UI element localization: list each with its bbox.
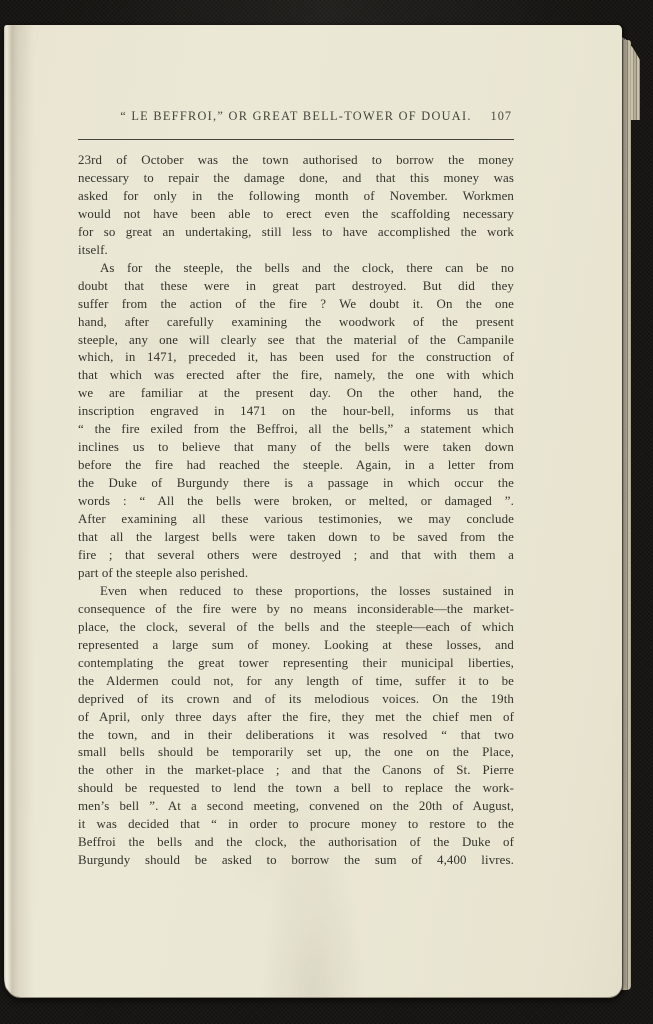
text-line: the Aldermen could not, for any length o…	[78, 673, 514, 691]
running-title: “ LE BEFFROI,” OR GREAT BELL-TOWER OF DO…	[120, 109, 472, 123]
text-line: inscription engraved in 1471 on the hour…	[78, 403, 514, 421]
text-line: Beffroi the bells and the clock, the aut…	[78, 834, 514, 852]
text-line: of April, only three days after the fire…	[78, 709, 514, 727]
page-number: 107	[491, 109, 512, 124]
header-rule	[78, 139, 514, 140]
text-line: it was decided that “ in order to procur…	[78, 816, 514, 834]
text-line: men’s bell ”. At a second meeting, conve…	[78, 798, 514, 816]
text-line: place, the clock, several of the bells a…	[78, 619, 514, 637]
text-line: asked for only in the following month of…	[78, 188, 514, 206]
text-line: necessary to repair the damage done, and…	[78, 170, 514, 188]
text-line: we are familiar at the present day. On t…	[78, 385, 514, 403]
text-column: “ LE BEFFROI,” OR GREAT BELL-TOWER OF DO…	[78, 109, 514, 870]
text-line: Even when reduced to these proportions, …	[78, 583, 514, 601]
text-line: inclines us to believe that many of the …	[78, 439, 514, 457]
text-line: small bells should be temporarily set up…	[78, 744, 514, 762]
text-line: before the fire had reached the steeple.…	[78, 457, 514, 475]
text-line: fire ; that several others were destroye…	[78, 547, 514, 565]
text-line: contemplating the great tower representi…	[78, 655, 514, 673]
text-line: represented a large sum of money. Lookin…	[78, 637, 514, 655]
text-line: itself.	[78, 242, 514, 260]
text-line: After examining all these various testim…	[78, 511, 514, 529]
text-line: which, in 1471, preceded it, has been us…	[78, 349, 514, 367]
text-line: suffer from the action of the fire ? We …	[78, 296, 514, 314]
text-line: the Duke of Burgundy there is a passage …	[78, 475, 514, 493]
text-line: the other in the market-place ; and that…	[78, 762, 514, 780]
text-line: that all the largest bells were taken do…	[78, 529, 514, 547]
text-line: the town, and in their deliberations it …	[78, 727, 514, 745]
paragraph: As for the steeple, the bells and the cl…	[78, 260, 514, 583]
text-line: words : “ All the bells were broken, or …	[78, 493, 514, 511]
text-line: Burgundy should be asked to borrow the s…	[78, 852, 514, 870]
text-line: “ the fire exiled from the Beffroi, all …	[78, 421, 514, 439]
text-line: that which was erected after the fire, n…	[78, 367, 514, 385]
text-line: for so great an undertaking, still less …	[78, 224, 514, 242]
book-page: “ LE BEFFROI,” OR GREAT BELL-TOWER OF DO…	[4, 25, 622, 997]
body-text: 23rd of October was the town authorised …	[78, 152, 514, 870]
text-line: doubt that these were in great part dest…	[78, 278, 514, 296]
paragraph: 23rd of October was the town authorised …	[78, 152, 514, 260]
paragraph: Even when reduced to these proportions, …	[78, 583, 514, 870]
text-line: should be requested to lend the town a b…	[78, 780, 514, 798]
text-line: 23rd of October was the town authorised …	[78, 152, 514, 170]
text-line: hand, after carefully examining the wood…	[78, 314, 514, 332]
text-line: would not have been able to erect even t…	[78, 206, 514, 224]
text-line: consequence of the fire were by no means…	[78, 601, 514, 619]
text-line: part of the steeple also perished.	[78, 565, 514, 583]
page-header: “ LE BEFFROI,” OR GREAT BELL-TOWER OF DO…	[78, 109, 514, 127]
scanned-book-photo: “ LE BEFFROI,” OR GREAT BELL-TOWER OF DO…	[0, 0, 653, 1024]
text-line: deprived of its crown and of its melodio…	[78, 691, 514, 709]
text-line: As for the steeple, the bells and the cl…	[78, 260, 514, 278]
text-line: steeple, any one will clearly see that t…	[78, 332, 514, 350]
